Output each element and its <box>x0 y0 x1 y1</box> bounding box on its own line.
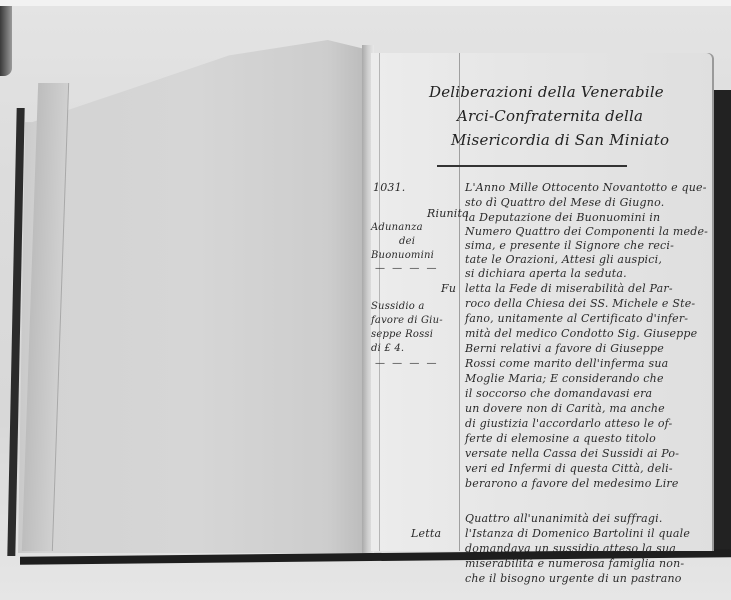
body-line-12: Berni relativi a favore di Giuseppe <box>465 342 664 356</box>
body-line-10: fano, unitamente al Certificato d'infer- <box>465 312 688 326</box>
body-line-3: la Deputazione dei Buonuomini in <box>465 211 660 225</box>
body-line-1: L'Anno Mille Ottocento Novantotto e que- <box>465 181 707 195</box>
margin-note-1-dash: — — — — <box>375 263 439 274</box>
body-line-17: di giustizia l'accordarlo atteso le of- <box>465 417 672 431</box>
right-cover-edge <box>712 90 731 550</box>
heading-underline <box>437 165 627 167</box>
body-line-5: sima, e presente il Signore che reci- <box>465 239 674 253</box>
body-line-2: sto dì Quattro del Mese di Giugno. <box>465 196 664 210</box>
margin-note-1-line-1: Adunanza <box>371 221 423 234</box>
heading-line-1: Deliberazioni della Venerabile <box>429 83 664 101</box>
label-fu: Fu <box>441 282 456 296</box>
body-line-16: un dovere non di Carità, ma anche <box>465 402 665 416</box>
entry-number: 1031. <box>373 181 406 195</box>
label-riunita: Riunita <box>427 207 469 221</box>
body-line-15: il soccorso che domandavasi era <box>465 387 652 401</box>
page-rule-margin <box>459 53 460 551</box>
body-line-9: roco della Chiesa dei SS. Michele e Ste- <box>465 297 695 311</box>
cloth-fold-shadow <box>0 6 12 76</box>
body-line-23: l'Istanza di Domenico Bartolini il quale <box>465 527 690 541</box>
margin-note-2-line-3: seppe Rossi <box>371 328 433 341</box>
margin-note-2-line-2: favore di Giu- <box>371 314 443 327</box>
photo-top-border <box>0 0 731 6</box>
body-line-6: tate le Orazioni, Attesi gli auspici, <box>465 253 662 267</box>
body-line-13: Rossi come marito dell'inferma sua <box>465 357 668 371</box>
body-line-19: versate nella Cassa dei Sussidi ai Po- <box>465 447 679 461</box>
body-line-14: Moglie Maria; E considerando che <box>465 372 664 386</box>
right-page: Deliberazioni della Venerabile Arci-Conf… <box>371 53 714 551</box>
heading-line-3: Misericordia di San Miniato <box>451 131 669 149</box>
margin-note-1-line-2: dei <box>399 235 415 248</box>
body-line-18: ferte di elemosine a questo titolo <box>465 432 656 446</box>
body-line-8: letta la Fede di miserabilità del Par- <box>465 282 673 296</box>
label-letta: Letta <box>411 527 441 541</box>
body-line-22: Quattro all'unanimità dei suffragi. <box>465 512 663 526</box>
margin-note-1-line-3: Buonuomini <box>371 249 434 262</box>
body-line-7: si dichiara aperta la seduta. <box>465 267 627 281</box>
body-line-4: Numero Quattro dei Componenti la mede- <box>465 225 708 239</box>
body-line-20: veri ed Infermi di questa Città, deli- <box>465 462 673 476</box>
margin-note-2-line-4: di £ 4. <box>371 342 404 355</box>
body-line-26: che il bisogno urgente di un pastrano <box>465 572 682 586</box>
body-line-21: berarono a favore del medesimo Lire <box>465 477 679 491</box>
body-line-25: miserabilità e numerosa famiglia non- <box>465 557 684 571</box>
margin-note-2-line-1: Sussidio a <box>371 300 425 313</box>
margin-note-2-dash: — — — — <box>375 358 439 369</box>
body-line-24: domandava un sussidio atteso la sua <box>465 542 676 556</box>
body-line-11: mità del medico Condotto Sig. Giuseppe <box>465 327 697 341</box>
heading-line-2: Arci-Confraternita della <box>457 107 643 125</box>
left-page-blank <box>18 40 370 553</box>
